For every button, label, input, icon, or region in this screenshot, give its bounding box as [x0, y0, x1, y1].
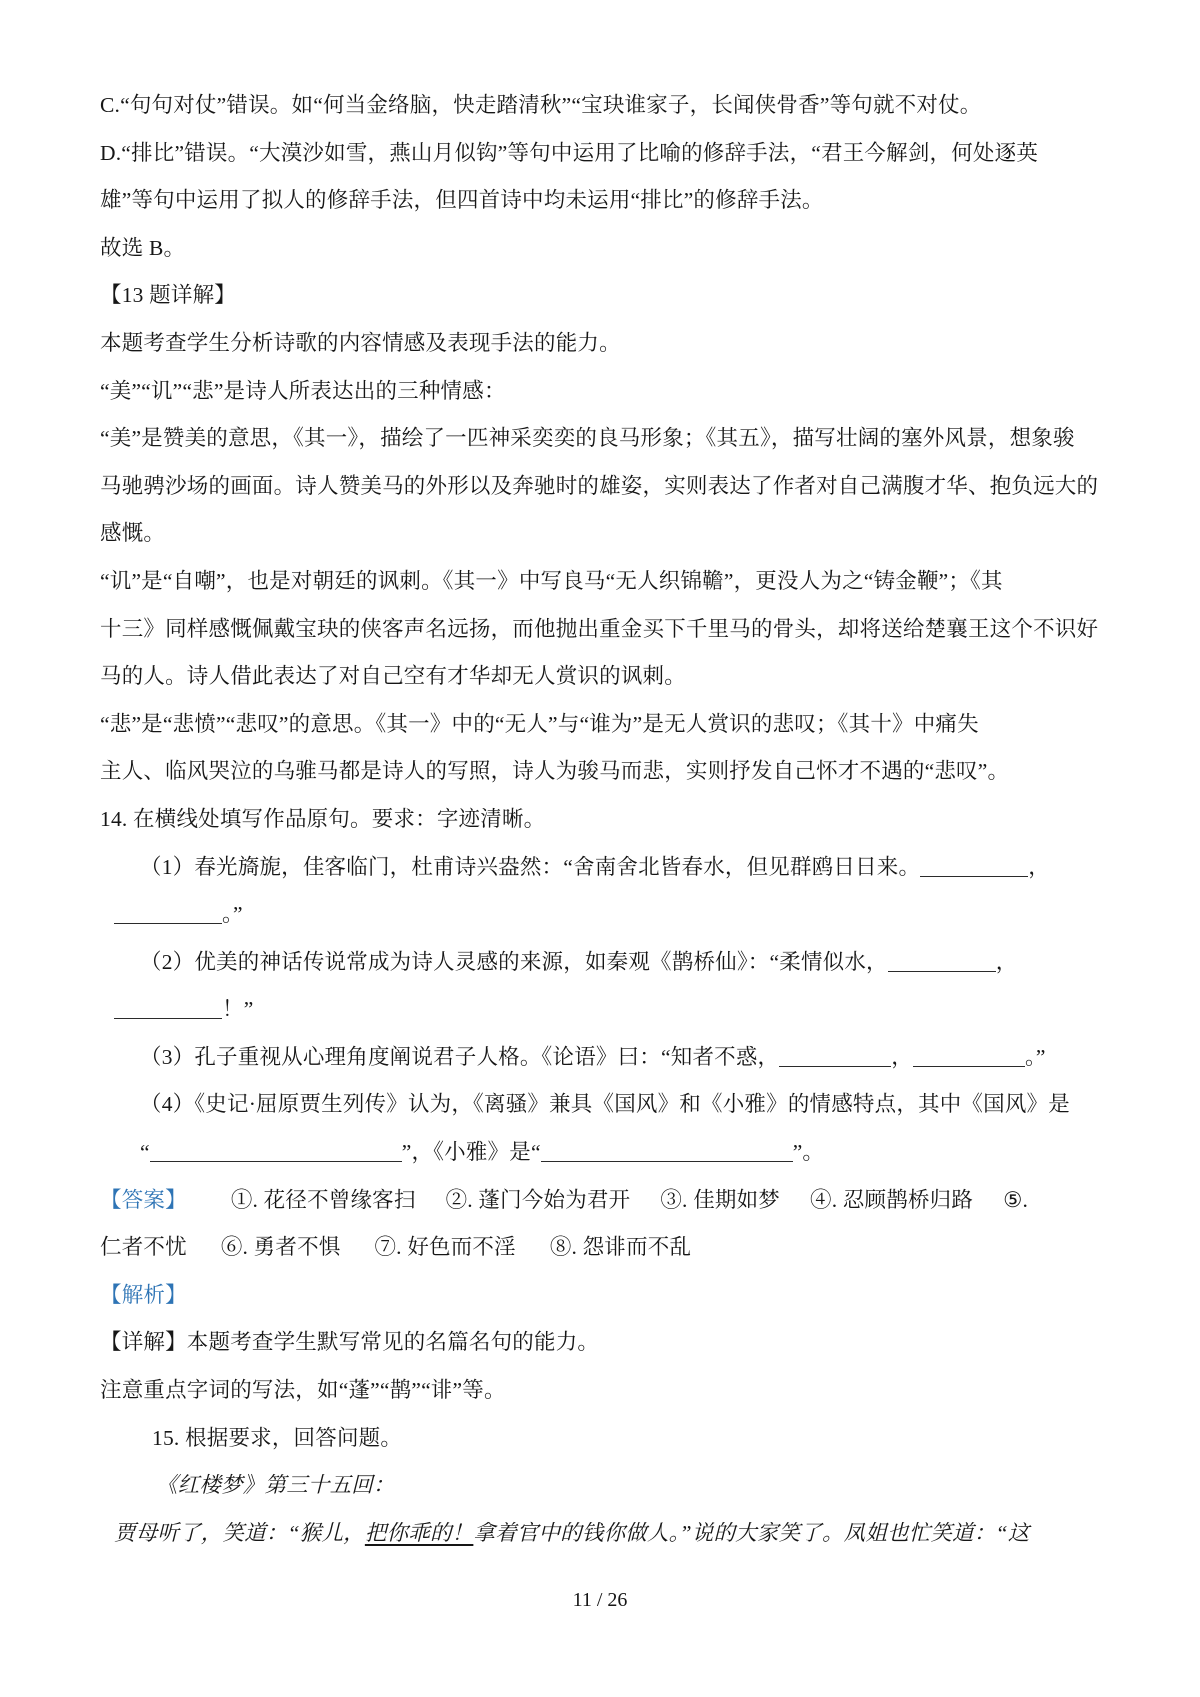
text-line: 。” — [100, 891, 1110, 939]
text-segment: （2）优美的神话传说常成为诗人灵感的来源，如秦观《鹊桥仙》：“柔情似水， — [140, 950, 888, 974]
text-segment: 故选 B。 — [100, 236, 185, 260]
text-segment: ”。 — [793, 1140, 824, 1164]
text-segment: 【13 题详解】 — [100, 283, 236, 307]
text-line: 【13 题详解】 — [100, 272, 1110, 320]
text-segment: （4）《史记·屈原贾生列传》认为，《离骚》兼具《国风》和《小雅》的情感特点，其中… — [140, 1092, 1070, 1116]
text-segment: ④. 忍顾鹊桥归路 — [810, 1188, 973, 1212]
text-line: ！” — [100, 986, 1110, 1034]
text-segment: 贾母听了，笑道：“猴儿， — [114, 1521, 365, 1545]
text-line: （2）优美的神话传说常成为诗人灵感的来源，如秦观《鹊桥仙》：“柔情似水，， — [100, 939, 1110, 987]
text-segment: ！” — [222, 997, 253, 1021]
text-line: “美”是赞美的意思，《其一》，描绘了一匹神采奕奕的良马形象；《其五》，描写壮阔的… — [100, 415, 1110, 463]
text-segment: 《红楼梦》第三十五回： — [156, 1473, 395, 1497]
answer-blank — [913, 1046, 1025, 1067]
answer-blank — [541, 1141, 793, 1162]
text-line: （4）《史记·屈原贾生列传》认为，《离骚》兼具《国风》和《小雅》的情感特点，其中… — [100, 1081, 1110, 1129]
text-line: “美”“讥”“悲”是诗人所表达出的三种情感： — [100, 368, 1110, 416]
text-segment: （3）孔子重视从心理角度阐说君子人格。《论语》曰：“知者不惑， — [140, 1045, 779, 1069]
text-line: 感慨。 — [100, 510, 1110, 558]
text-line: “悲”是“悲愤”“悲叹”的意思。《其一》中的“无人”与“谁为”是无人赏识的悲叹；… — [100, 701, 1110, 749]
text-segment: 本题考查学生分析诗歌的内容情感及表现手法的能力。 — [100, 331, 621, 355]
text-segment: “悲”是“悲愤”“悲叹”的意思。《其一》中的“无人”与“谁为”是无人赏识的悲叹；… — [100, 712, 979, 736]
text-segment: ②. 蓬门今始为君开 — [446, 1188, 631, 1212]
text-segment: ⑧. 怨诽而不乱 — [550, 1235, 691, 1259]
text-segment: 14. 在横线处填写作品原句。要求：字迹清晰。 — [100, 807, 545, 831]
answer-blank — [888, 951, 996, 972]
text-line: 主人、临风哭泣的乌骓马都是诗人的写照，诗人为骏马而悲，实则抒发自己怀才不遇的“悲… — [100, 748, 1110, 796]
text-segment: ， — [1028, 855, 1050, 879]
text-line: 仁者不忧⑥. 勇者不惧⑦. 好色而不淫⑧. 怨诽而不乱 — [100, 1224, 1110, 1272]
answer-blank — [150, 1141, 402, 1162]
text-segment: 主人、临风哭泣的乌骓马都是诗人的写照，诗人为骏马而悲，实则抒发自己怀才不遇的“悲… — [100, 759, 1009, 783]
text-segment: （1）春光旖旎，佳客临门，杜甫诗兴盎然：“舍南舍北皆春水，但见群鸥日日来。 — [140, 855, 920, 879]
label-badge: 【解析】 — [100, 1283, 187, 1307]
answer-blank — [779, 1046, 891, 1067]
text-segment: “ — [140, 1140, 150, 1164]
text-segment: “美”“讥”“悲”是诗人所表达出的三种情感： — [100, 379, 506, 403]
text-line: 【答案】①. 花径不曾缘客扫②. 蓬门今始为君开③. 佳期如梦④. 忍顾鹊桥归路… — [100, 1177, 1110, 1225]
text-segment: “讥”是“自嘲”，也是对朝廷的讽刺。《其一》中写良马“无人织锦韂”，更没人为之“… — [100, 569, 1003, 593]
underlined-phrase: 把你乖的！ — [365, 1521, 474, 1545]
text-line: 14. 在横线处填写作品原句。要求：字迹清晰。 — [100, 796, 1110, 844]
text-line: “”，《小雅》是“”。 — [100, 1129, 1110, 1177]
text-line: （1）春光旖旎，佳客临门，杜甫诗兴盎然：“舍南舍北皆春水，但见群鸥日日来。， — [100, 844, 1110, 892]
text-segment: 拿着官中的钱你做人。”说的大家笑了。凤姐也忙笑道：“这 — [473, 1521, 1029, 1545]
answer-blank — [920, 856, 1028, 877]
text-line: 【解析】 — [100, 1272, 1110, 1320]
text-line: 贾母听了，笑道：“猴儿，把你乖的！拿着官中的钱你做人。”说的大家笑了。凤姐也忙笑… — [100, 1510, 1110, 1558]
answer-blank — [114, 903, 222, 924]
text-line: （3）孔子重视从心理角度阐说君子人格。《论语》曰：“知者不惑，，。” — [100, 1034, 1110, 1082]
text-segment: 感慨。 — [100, 521, 165, 545]
text-segment: ⑦. 好色而不淫 — [374, 1235, 515, 1259]
text-segment: 马驰骋沙场的画面。诗人赞美马的外形以及奔驰时的雄姿，实则表达了作者对自己满腹才华… — [100, 474, 1098, 498]
text-segment: 注意重点字词的写法，如“蓬”“鹊”“诽”等。 — [100, 1378, 506, 1402]
text-line: 十三》同样感慨佩戴宝玦的侠客声名远扬，而他抛出重金买下千里马的骨头，却将送给楚襄… — [100, 606, 1110, 654]
text-segment: 仁者不忧 — [100, 1235, 187, 1259]
text-segment: “美”是赞美的意思，《其一》，描绘了一匹神采奕奕的良马形象；《其五》，描写壮阔的… — [100, 426, 1075, 450]
label-badge: 【答案】 — [100, 1188, 187, 1212]
text-segment: ①. 花径不曾缘客扫 — [231, 1188, 416, 1212]
text-line: C.“句句对仗”错误。如“何当金络脑，快走踏清秋”“宝玦谁家子，长闻侠骨香”等句… — [100, 82, 1110, 130]
text-segment: ”，《小雅》是“ — [402, 1140, 541, 1164]
text-line: D.“排比”错误。“大漠沙如雪，燕山月似钩”等句中运用了比喻的修辞手法，“君王今… — [100, 130, 1110, 178]
text-segment: 【详解】本题考查学生默写常见的名篇名句的能力。 — [100, 1330, 599, 1354]
text-segment: C.“句句对仗”错误。如“何当金络脑，快走踏清秋”“宝玦谁家子，长闻侠骨香”等句… — [100, 93, 981, 117]
text-line: 【详解】本题考查学生默写常见的名篇名句的能力。 — [100, 1319, 1110, 1367]
text-segment: ， — [891, 1045, 913, 1069]
text-segment: D.“排比”错误。“大漠沙如雪，燕山月似钩”等句中运用了比喻的修辞手法，“君王今… — [100, 141, 1038, 165]
text-segment: 雄”等句中运用了拟人的修辞手法，但四首诗中均未运用“排比”的修辞手法。 — [100, 188, 824, 212]
text-line: 《红楼梦》第三十五回： — [100, 1462, 1110, 1510]
answer-blank — [114, 998, 222, 1019]
text-line: 注意重点字词的写法，如“蓬”“鹊”“诽”等。 — [100, 1367, 1110, 1415]
text-segment: 。” — [1025, 1045, 1046, 1069]
text-segment: ⑤. — [1003, 1188, 1028, 1212]
text-segment: 十三》同样感慨佩戴宝玦的侠客声名远扬，而他抛出重金买下千里马的骨头，却将送给楚襄… — [100, 617, 1098, 641]
text-segment: ⑥. 勇者不惧 — [221, 1235, 341, 1259]
document-body: C.“句句对仗”错误。如“何当金络脑，快走踏清秋”“宝玦谁家子，长闻侠骨香”等句… — [100, 82, 1110, 1557]
text-line: 15. 根据要求，回答问题。 — [100, 1415, 1110, 1463]
text-segment: 15. 根据要求，回答问题。 — [152, 1426, 402, 1450]
text-segment: 。” — [222, 902, 243, 926]
text-line: “讥”是“自嘲”，也是对朝廷的讽刺。《其一》中写良马“无人织锦韂”，更没人为之“… — [100, 558, 1110, 606]
text-line: 马驰骋沙场的画面。诗人赞美马的外形以及奔驰时的雄姿，实则表达了作者对自己满腹才华… — [100, 463, 1110, 511]
text-segment: 马的人。诗人借此表达了对自己空有才华却无人赏识的讽刺。 — [100, 664, 686, 688]
text-segment: ③. 佳期如梦 — [660, 1188, 780, 1212]
page-number: 11 / 26 — [0, 1588, 1200, 1612]
text-line: 本题考查学生分析诗歌的内容情感及表现手法的能力。 — [100, 320, 1110, 368]
text-line: 雄”等句中运用了拟人的修辞手法，但四首诗中均未运用“排比”的修辞手法。 — [100, 177, 1110, 225]
text-segment: ， — [996, 950, 1018, 974]
text-line: 故选 B。 — [100, 225, 1110, 273]
text-line: 马的人。诗人借此表达了对自己空有才华却无人赏识的讽刺。 — [100, 653, 1110, 701]
